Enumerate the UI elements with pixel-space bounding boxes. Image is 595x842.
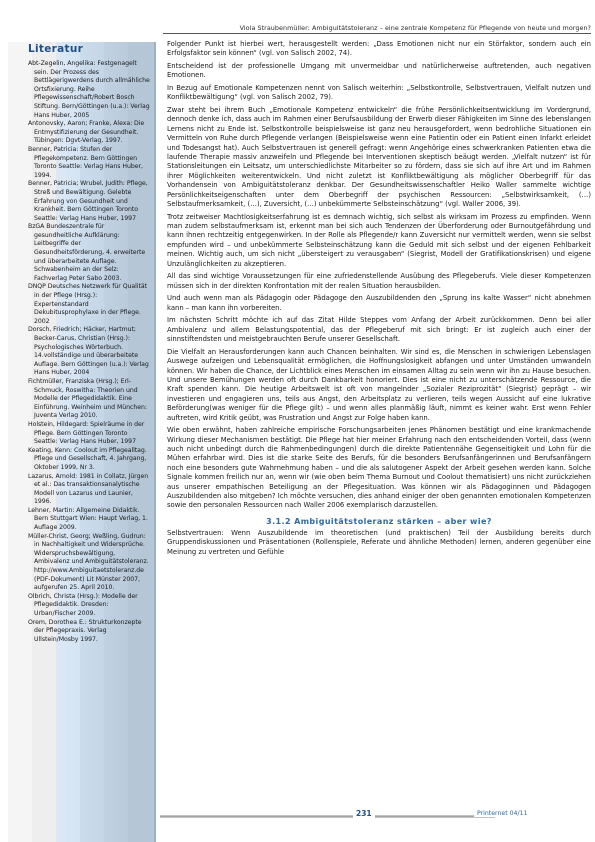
body-paragraph: In Bezug auf Emotionale Kompetenzen nenn… [167,84,591,103]
literature-entry: Antonovsky, Aaron; Franke, Alexa: Die En… [28,120,152,146]
literature-sidebar: Literatur Abt-Zegelin, Angelika: Festgen… [28,42,152,644]
section-subheading: 3.1.2 Ambiguitätstoleranz stärken – aber… [167,517,591,527]
literature-entry: BzGA Bundeszentrale für gesundheitliche … [28,223,152,283]
article-body: Folgender Punkt ist hierbei wert, heraus… [167,40,591,560]
page-number: 231 [353,809,375,818]
literature-entry: Holstein, Hildegard: Spielräume in der P… [28,421,152,447]
body-paragraph: Selbstvertrauen: Wenn Auszubildende im t… [167,529,591,557]
literature-title: Literatur [28,42,152,56]
footer-rule [160,815,495,818]
body-paragraph: Zwar steht bei ihrem Buch „Emotionale Ko… [167,106,591,209]
running-head: Viola Straubenmüller: Ambiguitätstoleran… [163,24,591,34]
body-paragraph: Im nächsten Schritt möchte ich auf das Z… [167,316,591,344]
literature-entry: Benner, Patricia: Stufen der Pflegekompe… [28,146,152,180]
literature-entry: Abt-Zegelin, Angelika: Festgenagelt sein… [28,60,152,120]
literature-entry: Lazarus, Arnold: 1981 in Collatz, Jürgen… [28,473,152,507]
body-paragraph: Folgender Punkt ist hierbei wert, heraus… [167,40,591,59]
literature-entry: Fichtmüller, Franziska (Hrsg.); Erl-Schm… [28,378,152,421]
journal-issue: Printernet 04/11 [474,810,527,817]
literature-entry: Olbrich, Christa (Hrsg.): Modelle der Pf… [28,593,152,619]
literature-entry: Müller-Christ, Georg; Weßling, Gudrun: i… [28,533,152,593]
body-paragraph: All das sind wichtige Voraussetzungen fü… [167,272,591,291]
body-paragraph: Entscheidend ist der professionelle Umga… [167,62,591,81]
body-paragraph: Und auch wenn man als Pädagogin oder Päd… [167,294,591,313]
literature-entry: Keating, Kenn: Coolout im Pflegealltag. … [28,447,152,473]
literature-entry: Dorsch, Friedrich; Häcker, Hartmut; Beck… [28,326,152,378]
literature-entry: Lehner, Martin: Allgemeine Didaktik. Ber… [28,507,152,533]
body-paragraph: Wie oben erwähnt, haben zahlreiche empir… [167,426,591,511]
literature-entry: DNQP Deutsches Netzwerk für Qualität in … [28,283,152,326]
sidebar-separator [154,42,156,842]
body-paragraph: Trotz zeitweiser Machtlosigkeitserfahrun… [167,213,591,269]
body-paragraph: Die Vielfalt an Herausforderungen kann a… [167,348,591,423]
literature-entry: Orem, Dorothea E.: Strukturkonzepte der … [28,619,152,645]
literature-entry: Benner, Patricia; Wrubel, Judith: Pflege… [28,180,152,223]
